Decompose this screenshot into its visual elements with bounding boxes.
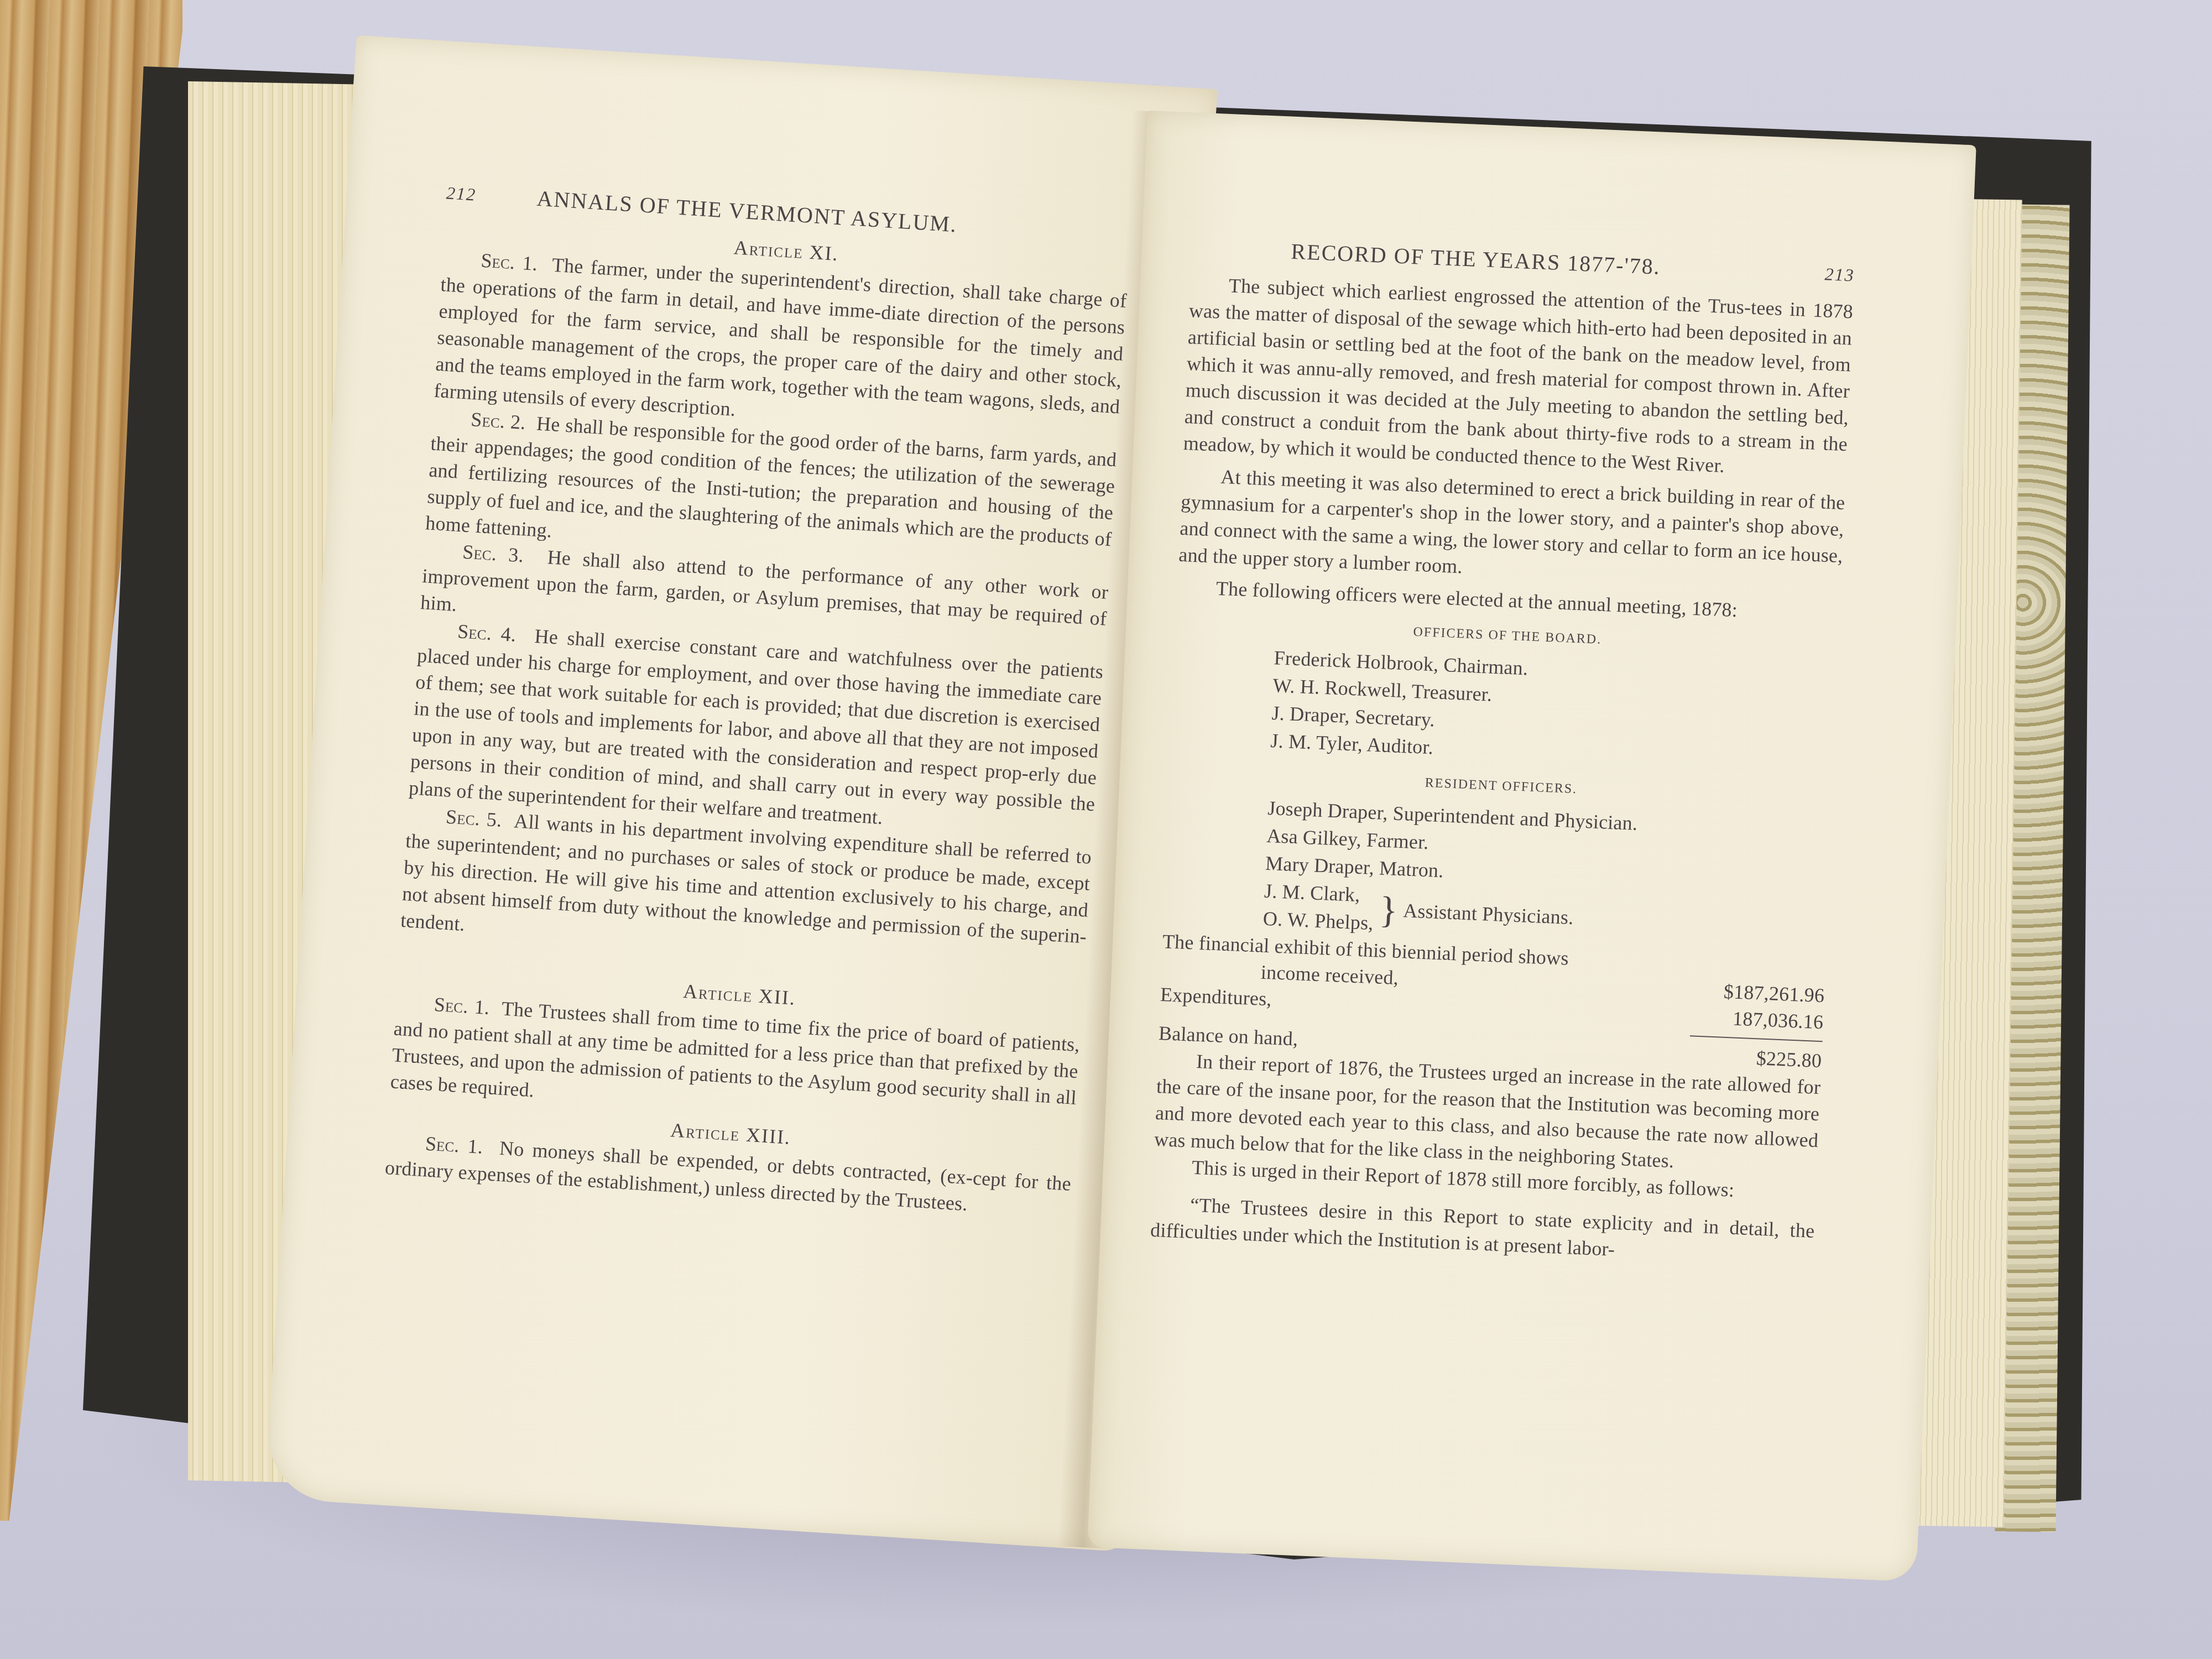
running-head-title: RECORD OF THE YEARS 1877-'78.: [1291, 238, 1661, 280]
resident-officers-list: Joseph Draper, Superintendent and Physic…: [1163, 790, 1832, 956]
body-paragraph: The subject which earliest engrossed the…: [1183, 270, 1854, 484]
officer-entry: O. W. Phelps,: [1262, 905, 1374, 937]
right-page-text: RECORD OF THE YEARS 1877-'78. 213 The su…: [1150, 234, 1855, 1271]
assistant-role: Assistant Physicians.: [1402, 896, 1574, 931]
board-officers-list: Frederick Holbrook, Chairman. W. H. Rock…: [1171, 640, 1838, 778]
page-number-right: 213: [1824, 260, 1855, 288]
right-page: RECORD OF THE YEARS 1877-'78. 213 The su…: [1087, 111, 1976, 1582]
officer-entry: J. M. Clark,: [1264, 877, 1375, 909]
body-paragraph: At this meeting it was also determined t…: [1178, 462, 1846, 596]
left-page-text: 212 ANNALS OF THE VERMONT ASYLUM. Articl…: [384, 179, 1131, 1223]
brace-icon: }: [1379, 891, 1399, 929]
page-number-left: 212: [446, 179, 477, 207]
sum-rule: [1690, 1035, 1823, 1042]
